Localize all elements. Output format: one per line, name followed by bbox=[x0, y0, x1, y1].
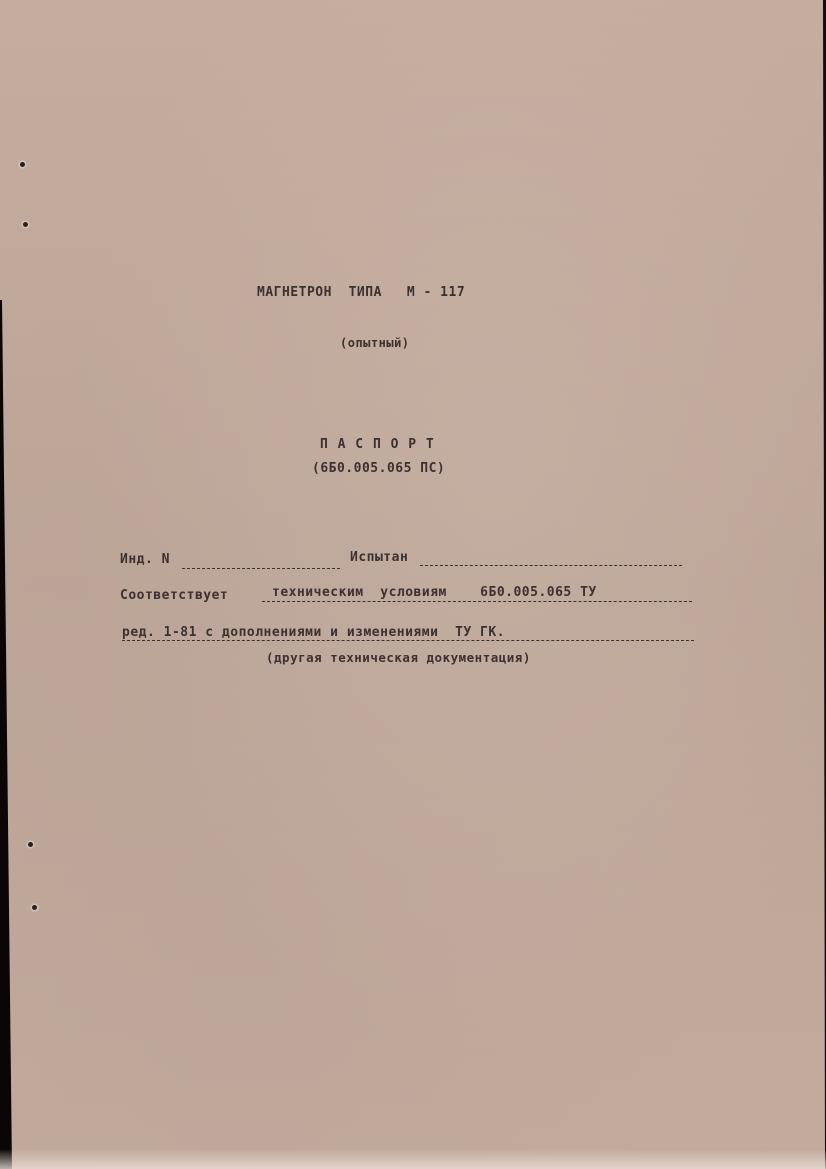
punch-hole bbox=[20, 162, 25, 167]
compliance-note: (другая техническая документация) bbox=[266, 650, 531, 665]
punch-hole bbox=[28, 842, 33, 847]
document-subtitle: (опытный) bbox=[340, 336, 410, 350]
document-title: МАГНЕТРОН ТИПА М - 117 bbox=[257, 285, 465, 300]
tested-label: Испытан bbox=[350, 550, 408, 565]
index-field-line bbox=[182, 568, 340, 569]
tested-field-line bbox=[420, 565, 682, 566]
scan-edge-bottom bbox=[0, 1149, 826, 1169]
compliance-prefix: Соответствует bbox=[120, 588, 228, 603]
compliance-line2-underline bbox=[122, 640, 694, 641]
document-code: (6Б0.005.065 ПС) bbox=[312, 461, 445, 476]
index-label: Инд. N bbox=[120, 552, 170, 567]
punch-hole bbox=[32, 905, 37, 910]
punch-hole bbox=[23, 222, 28, 227]
compliance-line2: ред. 1-81 с дополнениями и изменениями Т… bbox=[122, 625, 505, 640]
document-heading: П А С П О Р Т bbox=[320, 437, 435, 452]
compliance-line1-underline bbox=[262, 601, 692, 602]
compliance-text: техническим условиям 6Б0.005.065 ТУ bbox=[272, 585, 597, 600]
